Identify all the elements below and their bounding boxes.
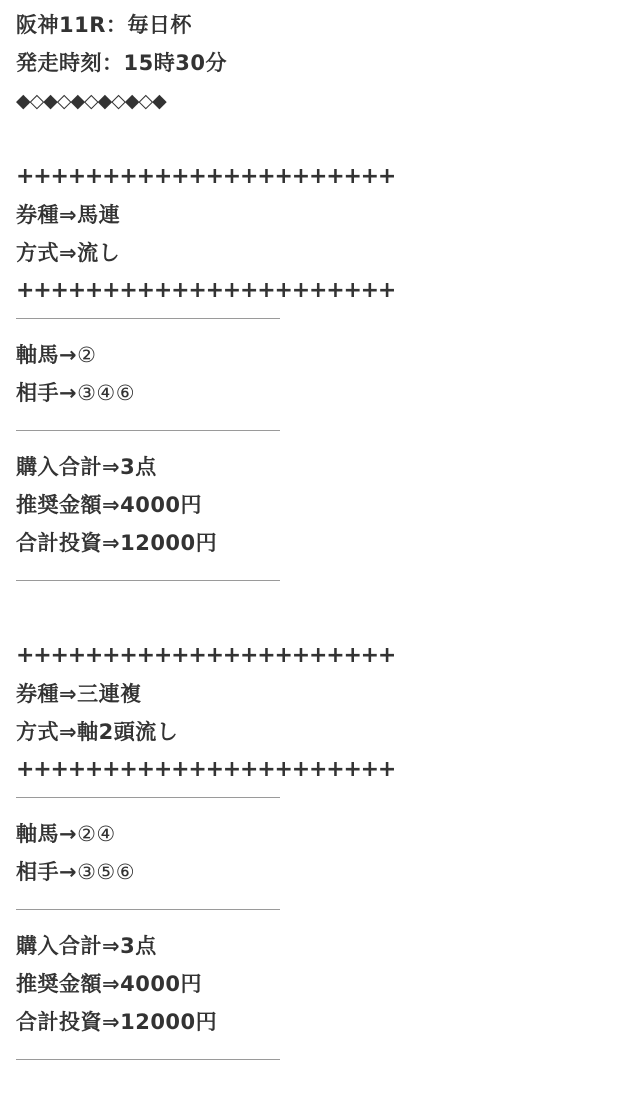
bet-method: 方式⇒流し	[16, 234, 624, 272]
total-points: 購入合計⇒3点	[16, 448, 624, 486]
plus-divider: ++++++++++++++++++++++	[16, 637, 624, 675]
plus-divider: ++++++++++++++++++++++	[16, 158, 624, 196]
spacer	[16, 120, 624, 158]
axis-horses: ②	[77, 343, 96, 367]
plus-divider: ++++++++++++++++++++++	[16, 751, 624, 789]
partner-horses: ③⑤⑥	[77, 860, 135, 884]
horizontal-rule	[16, 1059, 280, 1060]
total-points: 購入合計⇒3点	[16, 927, 624, 965]
partner-horses: ③④⑥	[77, 381, 135, 405]
axis-horse-line: 軸馬→②④	[16, 815, 624, 853]
bet-block-1: ++++++++++++++++++++++ 券種⇒馬連 方式⇒流し +++++…	[16, 158, 624, 581]
bet-block-2: ++++++++++++++++++++++ 券種⇒三連複 方式⇒軸2頭流し +…	[16, 637, 624, 1060]
ticket-type: 券種⇒三連複	[16, 675, 624, 713]
bet-method: 方式⇒軸2頭流し	[16, 713, 624, 751]
diamond-divider: ◆◇◆◇◆◇◆◇◆◇◆	[16, 82, 624, 120]
axis-label: 軸馬→	[16, 343, 77, 367]
total-investment: 合計投資⇒12000円	[16, 1003, 624, 1041]
axis-horse-line: 軸馬→②	[16, 336, 624, 374]
ticket-type: 券種⇒馬連	[16, 196, 624, 234]
post-time: 発走時刻：15時30分	[16, 44, 624, 82]
partners-label: 相手→	[16, 860, 77, 884]
partner-line: 相手→③⑤⑥	[16, 853, 624, 891]
recommended-amount: 推奨金額⇒4000円	[16, 965, 624, 1003]
partners-label: 相手→	[16, 381, 77, 405]
axis-horses: ②④	[77, 822, 116, 846]
plus-divider: ++++++++++++++++++++++	[16, 272, 624, 310]
recommended-amount: 推奨金額⇒4000円	[16, 486, 624, 524]
partner-line: 相手→③④⑥	[16, 374, 624, 412]
prediction-document: 阪神11R：毎日杯 発走時刻：15時30分 ◆◇◆◇◆◇◆◇◆◇◆ ++++++…	[0, 0, 640, 1060]
race-title: 阪神11R：毎日杯	[16, 6, 624, 44]
total-investment: 合計投資⇒12000円	[16, 524, 624, 562]
axis-label: 軸馬→	[16, 822, 77, 846]
